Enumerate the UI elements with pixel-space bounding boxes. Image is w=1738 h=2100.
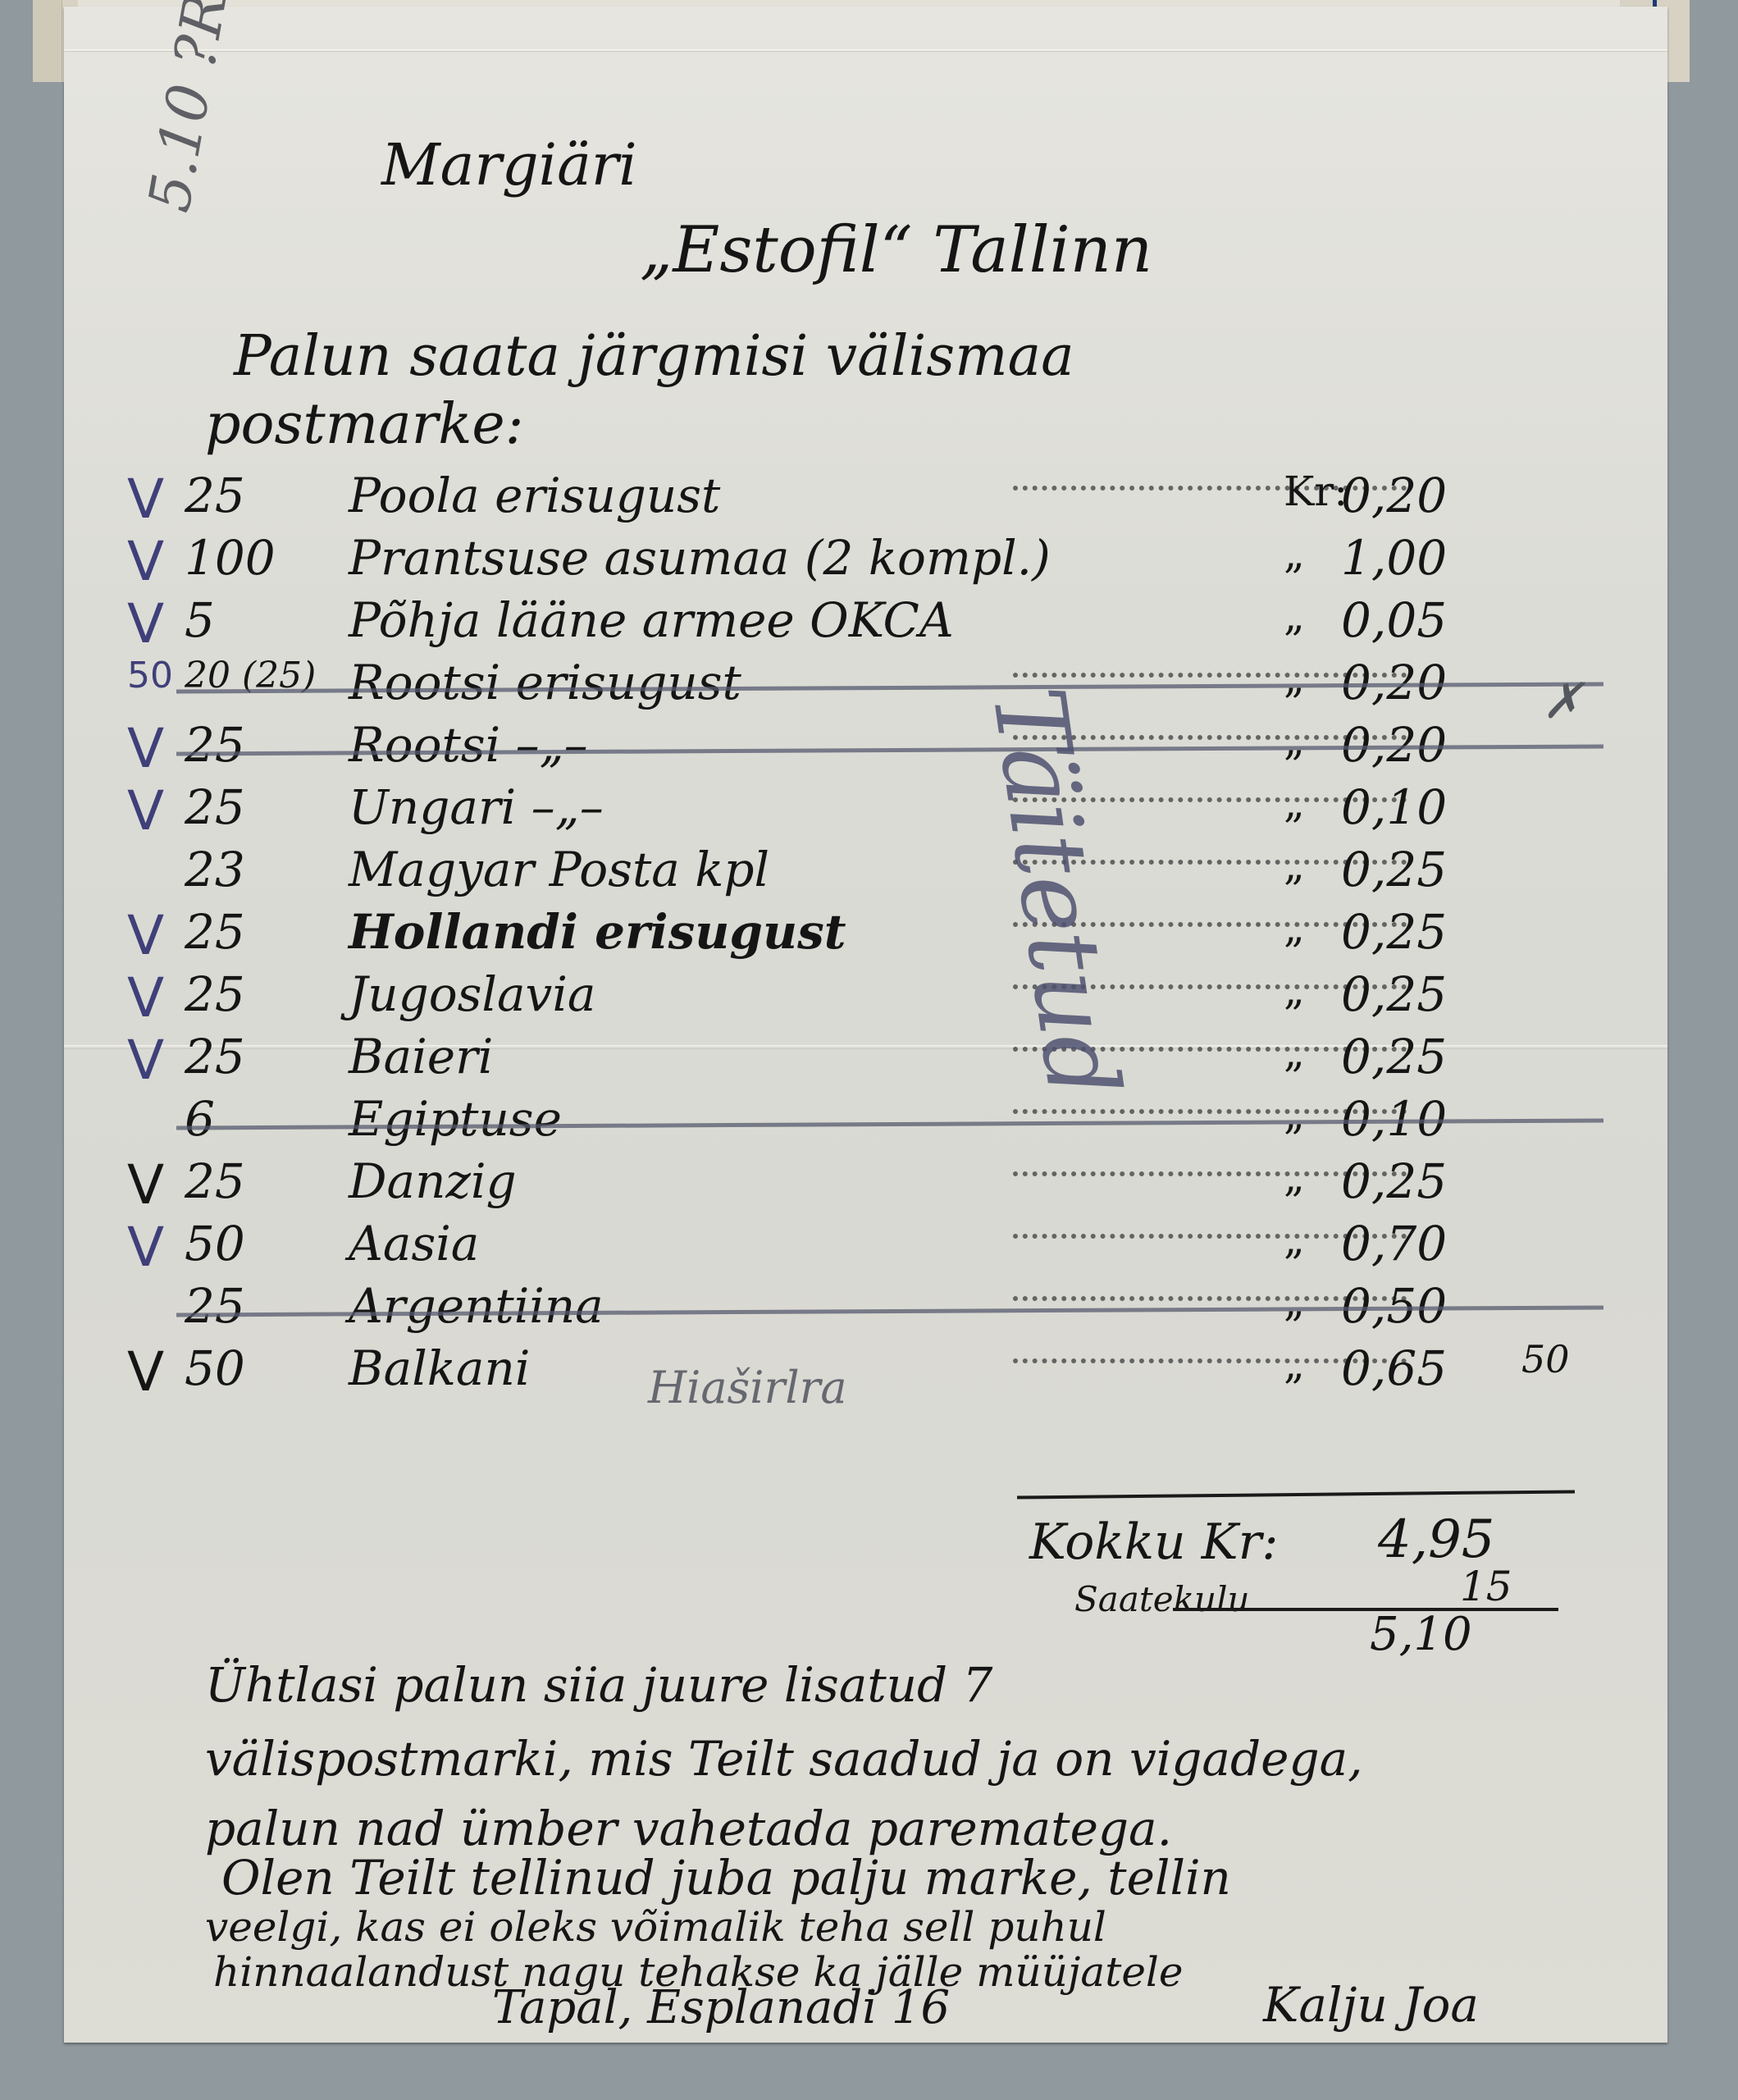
item-name: Aasia <box>349 1216 479 1271</box>
check-mark-icon: V <box>127 717 176 780</box>
item-name: Jugoslavia <box>349 966 595 1022</box>
item-name: Danzig <box>349 1153 517 1209</box>
margin-number: 50 <box>127 655 176 696</box>
check-mark-icon: V <box>127 1216 176 1279</box>
addressee-line-1: Margiäri <box>381 131 637 199</box>
total-value: 4,95 <box>1378 1509 1495 1570</box>
item-name: Baieri <box>349 1029 493 1084</box>
paragraph-line: välispostmarki, mis Teilt saadud ja on v… <box>205 1731 1363 1787</box>
item-price: 0,25 <box>1341 842 1447 897</box>
item-price: 0,25 <box>1341 904 1447 960</box>
order-item: V25Jugoslavia„0,25 <box>127 966 1587 1029</box>
item-name: Ungari –„– <box>349 779 604 835</box>
addressee-line-2: „Estofil“ Tallinn <box>640 213 1152 287</box>
order-item: V25Ungari –„–„0,10 <box>127 779 1587 842</box>
ditto-mark: „ <box>1284 655 1305 702</box>
item-quantity: 25 <box>185 468 245 523</box>
item-quantity: 23 <box>185 842 245 897</box>
paragraph-line: Olen Teilt tellinud juba palju marke, te… <box>221 1850 1231 1906</box>
item-quantity: 25 <box>185 1153 245 1209</box>
item-price: 0,70 <box>1341 1216 1447 1271</box>
ditto-mark: „ <box>1284 717 1305 765</box>
item-name: Argentiina <box>349 1278 604 1334</box>
shipping-label: Saatekulu <box>1074 1579 1250 1619</box>
item-price: 1,00 <box>1341 530 1447 586</box>
ditto-mark: „ <box>1284 1091 1305 1139</box>
shipping-value: 15 <box>1460 1563 1512 1610</box>
item-name: Magyar Posta kpl <box>349 842 769 897</box>
price-margin-note: 50 <box>1521 1337 1570 1381</box>
order-item: V25Baieri„0,25 <box>127 1029 1587 1091</box>
order-item: V25Hollandi erisugust„0,25 <box>127 904 1587 966</box>
item-quantity: 25 <box>185 1029 245 1084</box>
item-quantity: 6 <box>185 1091 215 1147</box>
item-price: 0,65 <box>1341 1340 1447 1396</box>
order-item: V50Aasia„0,70 <box>127 1216 1587 1278</box>
ditto-mark: „ <box>1284 966 1305 1014</box>
check-mark-icon: V <box>127 468 176 531</box>
ditto-mark: „ <box>1284 592 1305 640</box>
item-price: 0,05 <box>1341 592 1447 648</box>
paragraph-line: veelgi, kas ei oleks võimalik teha sell … <box>205 1903 1106 1951</box>
intro-line-1: Palun saata järgmisi välismaa <box>234 324 1074 389</box>
item-name: Egiptuse <box>349 1091 562 1147</box>
check-mark-icon: V <box>127 904 176 967</box>
sender-address: Tapal, Esplanadi 16 <box>492 1981 950 2034</box>
item-name: Balkani <box>349 1340 530 1396</box>
order-item-struck: 25Argentiina„0,50 <box>127 1278 1587 1340</box>
check-mark-icon: V <box>127 1340 176 1404</box>
item-quantity: 25 <box>185 966 245 1022</box>
check-mark-icon: V <box>127 592 176 655</box>
item-name: Poola erisugust <box>349 468 720 523</box>
order-item-struck: 5020 (25)Rootsi erisugust„0,20 <box>127 655 1587 717</box>
item-name: Prantsuse asumaa (2 kompl.) <box>349 530 1051 586</box>
order-item: V100Prantsuse asumaa (2 kompl.)„1,00 <box>127 530 1587 592</box>
ditto-mark: „ <box>1284 1153 1305 1201</box>
item-price: 0,25 <box>1341 1153 1447 1209</box>
check-mark-icon: V <box>127 1153 176 1217</box>
envelope-edge <box>33 0 62 82</box>
item-quantity: 50 <box>185 1340 245 1396</box>
sender-signature: Kalju Joa <box>1263 1977 1479 2033</box>
item-quantity: 50 <box>185 1216 245 1271</box>
ditto-mark: „ <box>1284 1278 1305 1326</box>
item-price: 0,10 <box>1341 779 1447 835</box>
fold-line-top <box>64 49 1667 51</box>
grand-total-underline <box>1173 1608 1558 1611</box>
pencil-annotation-inline: Hiaširlra <box>648 1362 847 1413</box>
item-quantity: 100 <box>185 530 276 586</box>
ditto-mark: „ <box>1284 1216 1305 1263</box>
item-quantity: 25 <box>185 717 245 773</box>
paragraph-line: Ühtlasi palun siia juure lisatud 7 <box>205 1657 992 1713</box>
item-name: Hollandi erisugust <box>349 904 846 960</box>
check-mark-icon: V <box>127 530 176 593</box>
order-item-struck: V25Rootsi –„–„0,20 <box>127 717 1587 779</box>
intro-line-2: postmarke: <box>205 392 524 457</box>
order-items-list: V25Poola erisugustKr:0,20 V100Prantsuse … <box>127 468 1587 1403</box>
ditto-mark: „ <box>1284 779 1305 827</box>
item-quantity: 5 <box>185 592 215 648</box>
item-quantity: 25 <box>185 904 245 960</box>
scribble-mark-icon: ✗ <box>1542 673 1583 730</box>
check-mark-icon: V <box>127 779 176 842</box>
order-item: V50Balkani„0,65 <box>127 1340 1587 1403</box>
item-price: 0,20 <box>1341 468 1447 523</box>
grand-total-value: 5,10 <box>1370 1608 1472 1661</box>
item-quantity: 25 <box>185 779 245 835</box>
currency-mark: Kr: <box>1284 468 1348 515</box>
item-price: 0,25 <box>1341 1029 1447 1084</box>
check-mark-icon: V <box>127 1029 176 1092</box>
paragraph-line: palun nad ümber vahetada paremategа. <box>205 1801 1172 1856</box>
total-label: Kokku Kr: <box>1029 1513 1279 1571</box>
item-price: 0,25 <box>1341 966 1447 1022</box>
order-item: V5Põhja lääne armee OKCA„0,05 <box>127 592 1587 655</box>
check-mark-icon: V <box>127 966 176 1029</box>
ditto-mark: „ <box>1284 842 1305 889</box>
item-name: Põhja lääne armee OKCA <box>349 592 954 648</box>
ditto-mark: „ <box>1284 904 1305 952</box>
order-item: V25Poola erisugustKr:0,20 <box>127 468 1587 530</box>
ditto-mark: „ <box>1284 1029 1305 1076</box>
ditto-mark: „ <box>1284 530 1305 577</box>
item-name: Rootsi –„– <box>349 717 588 773</box>
order-item: V25Danzig„0,25 <box>127 1153 1587 1216</box>
item-quantity: 25 <box>185 1278 245 1334</box>
item-name: Rootsi erisugust <box>349 655 741 710</box>
order-item: 23Magyar Posta kpl„0,25 <box>127 842 1587 904</box>
ditto-mark: „ <box>1284 1340 1305 1388</box>
order-item-struck: 6Egiptuse„0,10 <box>127 1091 1587 1153</box>
